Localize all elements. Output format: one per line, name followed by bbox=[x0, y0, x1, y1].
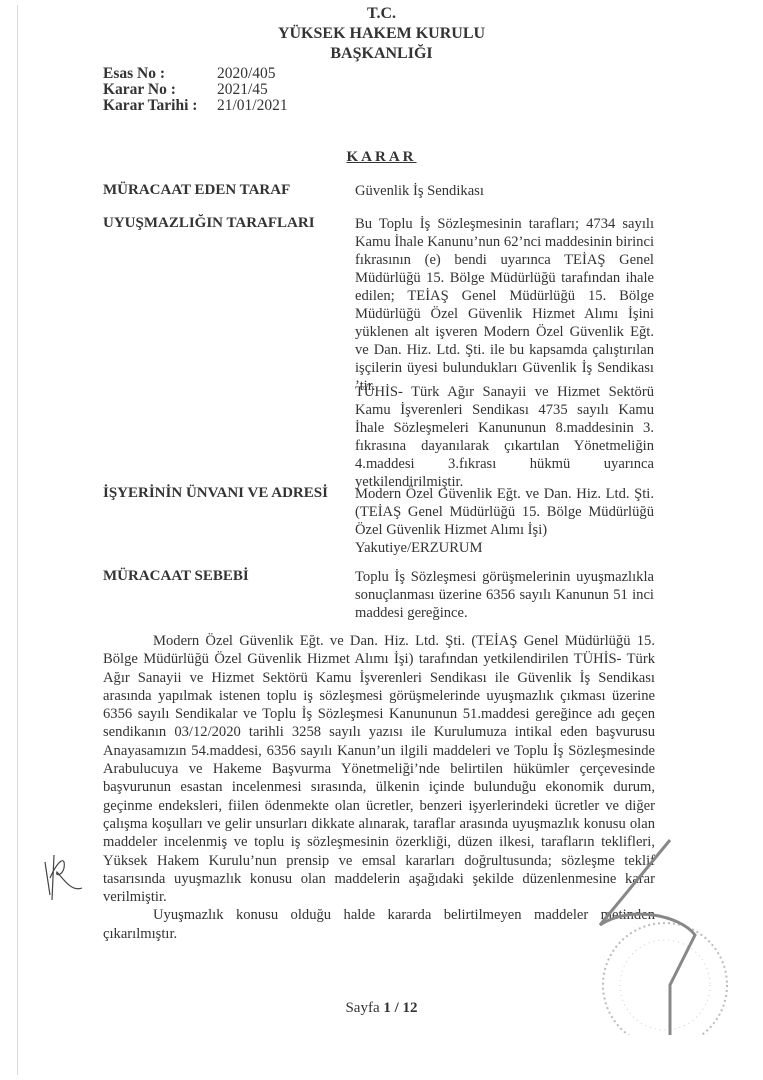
workplace-line: Yakutiye/ERZURUM bbox=[355, 539, 654, 557]
workplace-label: İŞYERİNİN ÜNVANI VE ADRESİ bbox=[103, 485, 328, 502]
workplace-line: Özel Güvenlik Hizmet Alımı İşi) bbox=[355, 521, 654, 539]
meta-label: Esas No : bbox=[103, 66, 217, 82]
meta-esas-no: Esas No : 2020/405 bbox=[103, 66, 288, 82]
parties-paragraph-1: Bu Toplu İş Sözleşmesinin tarafları; 473… bbox=[355, 215, 654, 395]
workplace-address: Modern Özel Güvenlik Eğt. ve Dan. Hiz. L… bbox=[355, 485, 654, 557]
page-footer: Sayfa 1 / 12 bbox=[0, 1000, 763, 1017]
meta-label: Karar Tarihi : bbox=[103, 98, 217, 114]
meta-value: 21/01/2021 bbox=[217, 98, 288, 114]
initials-signature-icon bbox=[40, 850, 85, 905]
reason-label: MÜRACAAT SEBEBİ bbox=[103, 568, 249, 585]
page-number: 1 / 12 bbox=[383, 1000, 417, 1016]
meta-label: Karar No : bbox=[103, 82, 217, 98]
header-institution: YÜKSEK HAKEM KURULU bbox=[0, 25, 763, 42]
case-meta: Esas No : 2020/405 Karar No : 2021/45 Ka… bbox=[103, 66, 288, 114]
page-label: Sayfa bbox=[345, 1000, 383, 1016]
parties-label: UYUŞMAZLIĞIN TARAFLARI bbox=[103, 215, 315, 232]
workplace-line: Modern Özel Güvenlik Eğt. ve Dan. Hiz. L… bbox=[355, 485, 654, 503]
applicant-value: Güvenlik İş Sendikası bbox=[355, 182, 654, 200]
meta-value: 2020/405 bbox=[217, 66, 276, 82]
header-presidency: BAŞKANLIĞI bbox=[0, 45, 763, 62]
reason-value: Toplu İş Sözleşmesi görüşmelerinin uyuşm… bbox=[355, 568, 654, 622]
applicant-label: MÜRACAAT EDEN TARAF bbox=[103, 182, 290, 199]
meta-value: 2021/45 bbox=[217, 82, 268, 98]
meta-karar-no: Karar No : 2021/45 bbox=[103, 82, 288, 98]
parties-paragraph-2: TÜHİS- Türk Ağır Sanayii ve Hizmet Sektö… bbox=[355, 383, 654, 491]
document-title: KARAR bbox=[0, 149, 763, 166]
header-tc: T.C. bbox=[0, 5, 763, 22]
workplace-line: (TEİAŞ Genel Müdürlüğü 15. Bölge Müdürlü… bbox=[355, 503, 654, 521]
meta-karar-tarihi: Karar Tarihi : 21/01/2021 bbox=[103, 98, 288, 114]
